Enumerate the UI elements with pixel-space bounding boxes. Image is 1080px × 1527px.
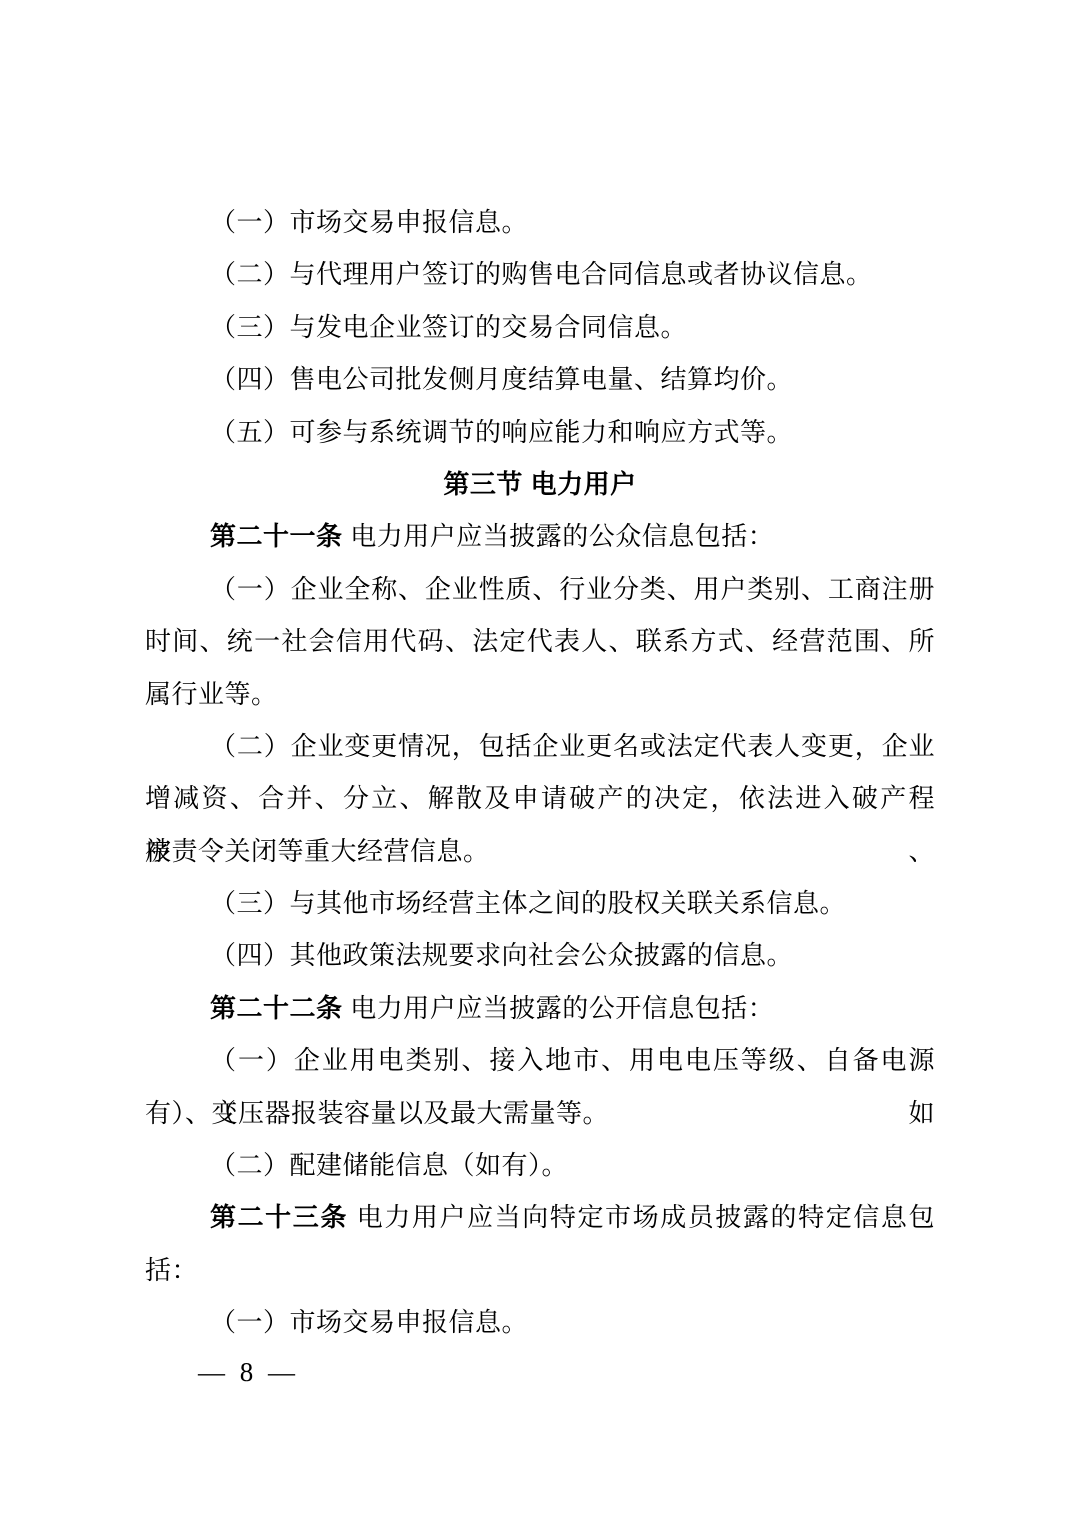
section-3-heading: 第三节 电力用户 <box>145 458 935 510</box>
article-21-item-1-line-3: 属行业等。 <box>145 668 935 720</box>
text-run: （三）与发电企业签订的交易合同信息。 <box>210 312 687 342</box>
article-22-item-1-line-1: （一）企业用电类别、接入地市、用电电压等级、自备电源（如 <box>145 1034 935 1086</box>
article-23-opening-line-1: 第二十三条 电力用户应当向特定市场成员披露的特定信息包 <box>145 1191 935 1243</box>
text-run: （二）企业变更情况，包括企业更名或法定代表人变更，企业 <box>210 731 935 761</box>
article-21-item-2-line-1: （二）企业变更情况，包括企业更名或法定代表人变更，企业 <box>145 720 935 772</box>
text-run: 被责令关闭等重大经营信息。 <box>145 836 490 866</box>
text-run: 属行业等。 <box>145 679 278 709</box>
list-item-5: （五）可参与系统调节的响应能力和响应方式等。 <box>145 406 935 458</box>
list-item-2: （二）与代理用户签订的购售电合同信息或者协议信息。 <box>145 248 935 300</box>
text-run: 有）、变压器报装容量以及最大需量等。 <box>145 1098 609 1128</box>
text-run: 第三节 电力用户 <box>443 469 636 499</box>
article-21-opening: 第二十一条 电力用户应当披露的公众信息包括： <box>145 510 935 562</box>
article-number: 第二十一条 <box>210 521 343 551</box>
page-number: — 8 — <box>198 1357 299 1387</box>
text-run: （二）与代理用户签订的购售电合同信息或者协议信息。 <box>210 259 873 289</box>
article-23-item-1: （一）市场交易申报信息。 <box>145 1296 935 1348</box>
text-run: （三）与其他市场经营主体之间的股权关联关系信息。 <box>210 888 846 918</box>
list-item-4: （四）售电公司批发侧月度结算电量、结算均价。 <box>145 353 935 405</box>
document-page: （一）市场交易申报信息。（二）与代理用户签订的购售电合同信息或者协议信息。（三）… <box>0 0 1080 1527</box>
article-21-item-4: （四）其他政策法规要求向社会公众披露的信息。 <box>145 929 935 981</box>
text-run: （一）市场交易申报信息。 <box>210 207 528 237</box>
text-run: （二）配建储能信息（如有）。 <box>210 1150 568 1180</box>
text-run: 括： <box>145 1255 198 1285</box>
text-run: （一）企业全称、企业性质、行业分类、用户类别、工商注册 <box>210 574 935 604</box>
document-body: （一）市场交易申报信息。（二）与代理用户签订的购售电合同信息或者协议信息。（三）… <box>145 196 935 1349</box>
text-run: （五）可参与系统调节的响应能力和响应方式等。 <box>210 417 793 447</box>
list-item-3: （三）与发电企业签订的交易合同信息。 <box>145 301 935 353</box>
page-footer: — 8 — <box>198 1352 299 1392</box>
article-number: 第二十三条 <box>210 1202 348 1232</box>
article-21-item-1-line-1: （一）企业全称、企业性质、行业分类、用户类别、工商注册 <box>145 563 935 615</box>
text-run: （四）其他政策法规要求向社会公众披露的信息。 <box>210 940 793 970</box>
text-run: 电力用户应当披露的公开信息包括： <box>343 993 775 1023</box>
article-22-opening: 第二十二条 电力用户应当披露的公开信息包括： <box>145 982 935 1034</box>
list-item-1: （一）市场交易申报信息。 <box>145 196 935 248</box>
text-run: 电力用户应当向特定市场成员披露的特定信息包 <box>348 1202 935 1232</box>
article-22-item-2: （二）配建储能信息（如有）。 <box>145 1139 935 1191</box>
text-run: 电力用户应当披露的公众信息包括： <box>343 521 775 551</box>
article-21-item-2-line-2: 增减资、合并、分立、解散及申请破产的决定，依法进入破产程序、 <box>145 772 935 824</box>
article-21-item-1-line-2: 时间、统一社会信用代码、法定代表人、联系方式、经营范围、所 <box>145 615 935 667</box>
article-23-opening-line-2: 括： <box>145 1244 935 1296</box>
article-number: 第二十二条 <box>210 993 343 1023</box>
text-run: 时间、统一社会信用代码、法定代表人、联系方式、经营范围、所 <box>145 626 935 656</box>
text-run: （一）市场交易申报信息。 <box>210 1307 528 1337</box>
text-run: （四）售电公司批发侧月度结算电量、结算均价。 <box>210 364 793 394</box>
article-21-item-3: （三）与其他市场经营主体之间的股权关联关系信息。 <box>145 877 935 929</box>
